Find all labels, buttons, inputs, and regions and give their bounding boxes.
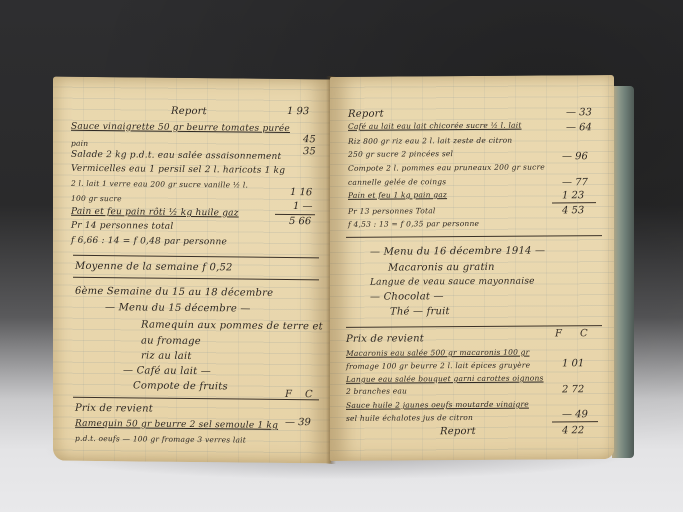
left-line-amount: 45 <box>303 134 316 145</box>
column-centimes: C <box>580 328 588 339</box>
left-line: Salade 2 kg p.d.t. eau salée assaisonnem… <box>71 150 281 162</box>
right-line: 250 gr sucre 2 pincées sel <box>348 149 453 159</box>
menu-item: au fromage <box>141 335 201 347</box>
right-footer-amount: 4 22 <box>562 425 584 436</box>
right-line-amount: — 33 <box>566 107 592 118</box>
menu-item: — Chocolat — <box>370 291 444 303</box>
cost-line-amount: — 49 <box>562 409 588 420</box>
right-line: Compote 2 l. pommes eau pruneaux 200 gr … <box>348 162 545 172</box>
cost-line: Ramequin 50 gr beurre 2 sel semoule 1 kg <box>75 419 278 431</box>
right-line: Riz 800 gr riz eau 2 l. lait zeste de ci… <box>348 136 512 146</box>
cost-line: Sauce huile 2 jaunes oeufs moutarde vina… <box>346 400 529 410</box>
column-francs: F <box>555 328 562 339</box>
section-rule <box>346 325 602 328</box>
right-page-header: Report <box>348 109 384 120</box>
menu-item: Macaronis au gratin <box>388 262 495 274</box>
menu-title: — Menu du 16 décembre 1914 — <box>370 245 545 257</box>
section-rule <box>73 397 319 401</box>
column-francs: F <box>285 389 292 400</box>
right-line-amount: 1 23 <box>562 190 584 201</box>
menu-title: — Menu du 15 décembre — <box>105 302 251 315</box>
cost-line: 2 branches eau <box>346 386 407 395</box>
right-line-amount: — 64 <box>566 122 592 133</box>
right-total-amount: 4 53 <box>562 205 584 216</box>
right-page-footer: Report <box>440 426 476 437</box>
left-line: f 6,66 : 14 = f 0,48 par personne <box>71 236 227 248</box>
cost-header: Prix de revient <box>346 333 424 345</box>
menu-item: Langue de veau sauce mayonnaise <box>370 277 535 288</box>
section-rule <box>346 235 602 238</box>
right-line: cannelle gelée de coings <box>348 177 446 187</box>
menu-item: riz au lait <box>141 350 192 362</box>
left-line: pain <box>71 139 88 148</box>
left-line: 2 l. lait 1 verre eau 200 gr sucre vanil… <box>71 179 248 190</box>
week-title: 6ème Semaine du 15 au 18 décembre <box>75 286 273 299</box>
left-line-amount: 35 <box>303 146 316 157</box>
left-total-amount: 5 66 <box>289 216 311 227</box>
left-header-amount: 1 93 <box>287 106 309 117</box>
weekly-average: Moyenne de la semaine f 0,52 <box>75 261 233 274</box>
section-rule <box>73 255 319 259</box>
subtotal-rule <box>552 421 598 423</box>
notebook-left-page: Report 1 93 Sauce vinaigrette 50 gr beur… <box>53 77 331 464</box>
left-line: Pr 14 personnes total <box>71 221 173 232</box>
menu-item: Thé — fruit <box>390 306 450 317</box>
left-line: Vermicelles eau 1 persil sel 2 l. harico… <box>71 164 285 176</box>
left-line: Sauce vinaigrette 50 gr beurre tomates p… <box>71 122 290 134</box>
right-line: Café au lait eau lait chicorée sucre ½ l… <box>348 121 522 131</box>
left-line: Pain et feu pain rôti ½ kg huile gaz <box>71 207 239 219</box>
section-rule <box>73 277 319 281</box>
right-line: f 4,53 : 13 = f 0,35 par personne <box>348 219 479 229</box>
menu-item: — Café au lait — <box>123 365 211 377</box>
right-line: Pr 13 personnes Total <box>348 206 435 216</box>
cost-line: Macaronis eau salée 500 gr macaronis 100… <box>346 348 529 358</box>
cost-line: Langue eau salée bouquet garni carottes … <box>346 374 544 384</box>
notebook-cover-edge <box>612 86 634 458</box>
column-centimes: C <box>305 389 313 400</box>
cost-line-amount: — 39 <box>285 417 311 428</box>
menu-item: Compote de fruits <box>133 380 228 392</box>
cost-line: p.d.t. oeufs — 100 gr fromage 3 verres l… <box>75 434 246 445</box>
left-page-header: Report <box>171 106 207 117</box>
cost-line: fromage 100 gr beurre 2 l. lait épices g… <box>346 361 530 371</box>
notebook-right-page: Report Café au lait eau lait chicorée su… <box>330 75 614 461</box>
cost-line-amount: 2 72 <box>562 384 584 395</box>
menu-item: Ramequin aux pommes de terre et <box>141 319 323 332</box>
right-line-amount: — 96 <box>562 151 588 162</box>
cost-header: Prix de revient <box>75 403 153 415</box>
right-line: Pain et feu 1 kg pain gaz <box>348 190 447 200</box>
left-line-amount: 1 — <box>293 201 313 212</box>
left-line: 100 gr sucre <box>71 194 122 204</box>
right-line-amount: — 77 <box>562 177 588 188</box>
subtotal-rule <box>552 202 596 204</box>
cost-line: sel huile échalotes jus de citron <box>346 413 473 423</box>
left-line-amount: 1 16 <box>290 187 312 198</box>
cost-line-amount: 1 01 <box>562 358 584 369</box>
